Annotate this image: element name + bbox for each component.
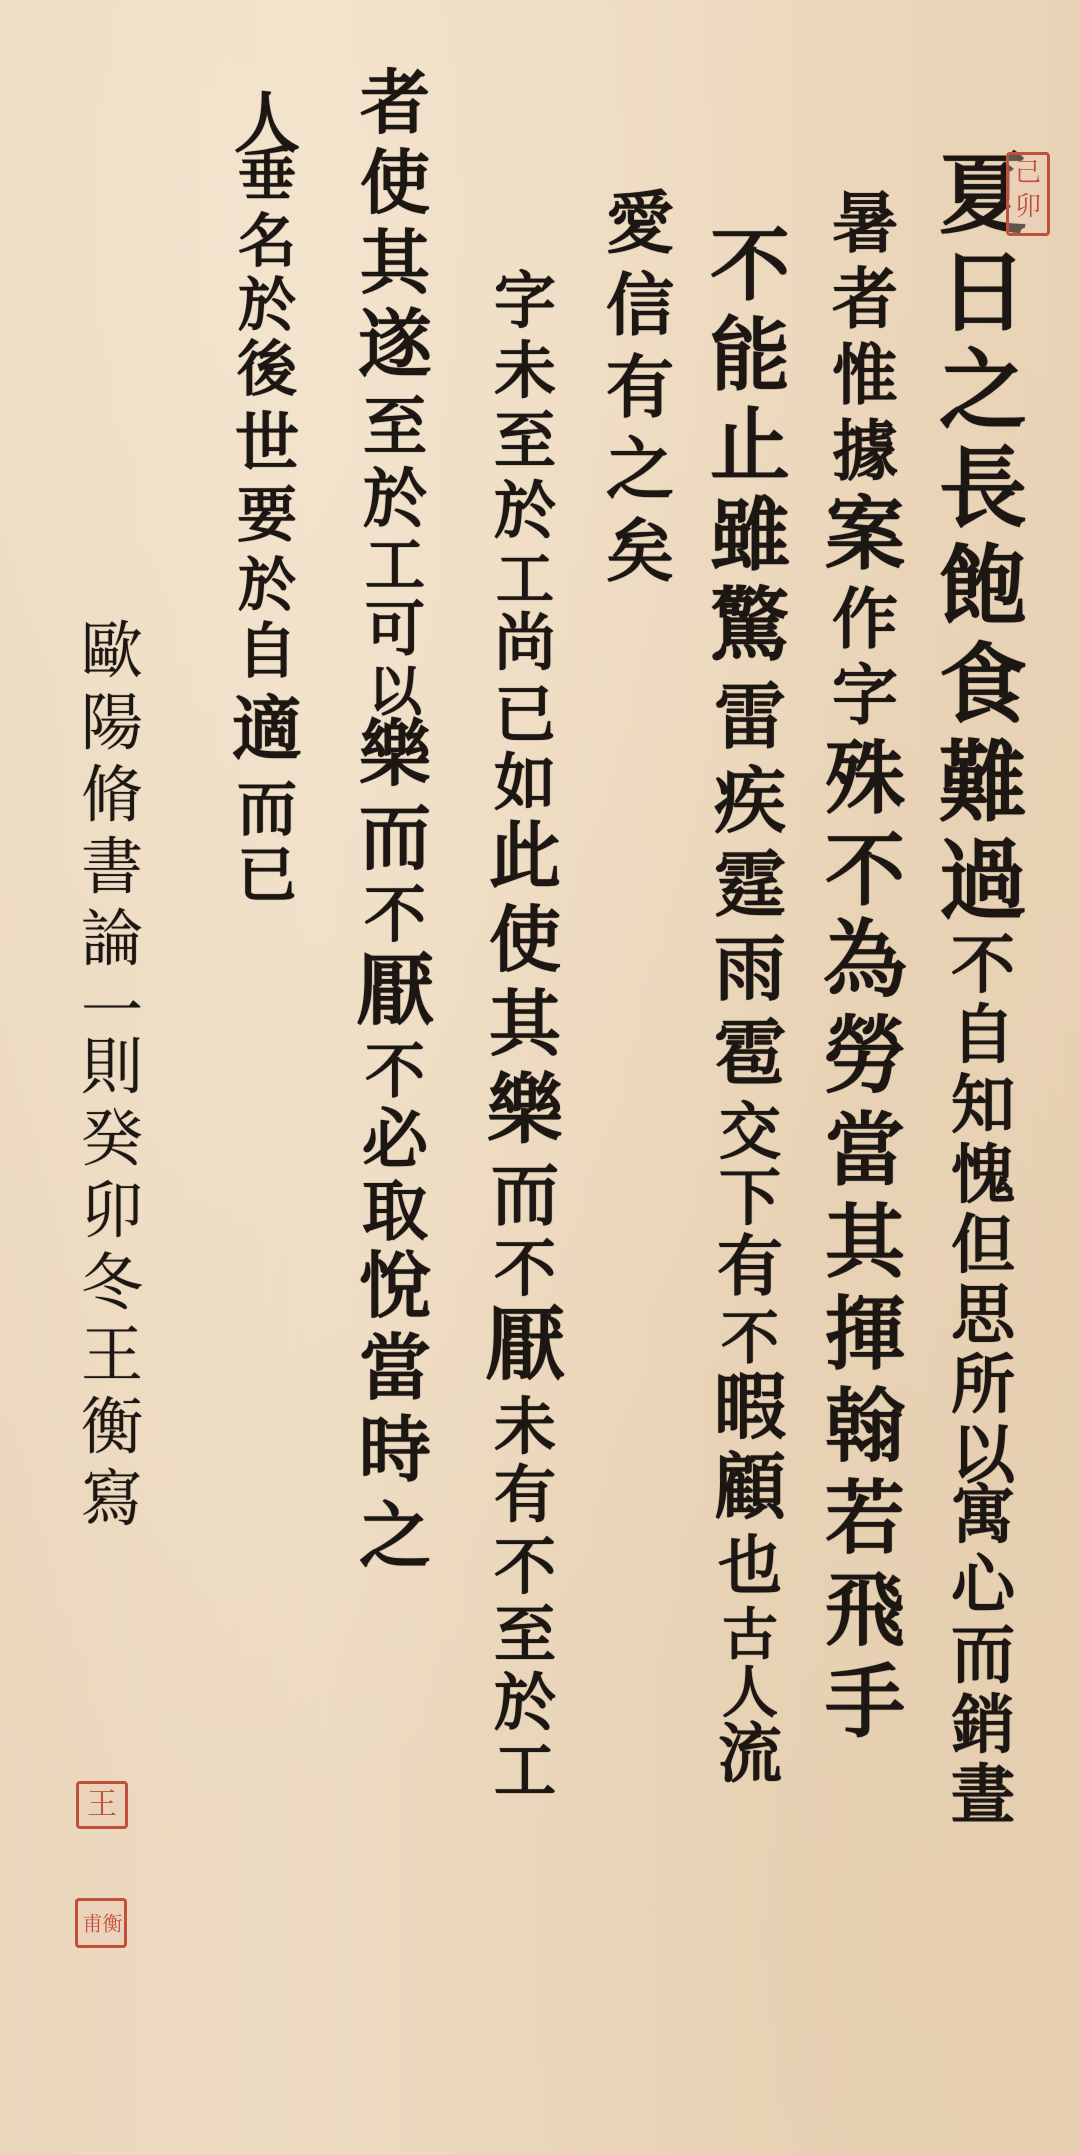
character: 世 bbox=[212, 412, 322, 486]
character: 使 bbox=[340, 148, 450, 228]
character: 者 bbox=[340, 68, 450, 148]
character: 信 bbox=[585, 272, 695, 354]
character: 長 bbox=[928, 444, 1038, 542]
character: 霆 bbox=[695, 849, 805, 933]
character: 而 bbox=[928, 1624, 1038, 1694]
character: 手 bbox=[810, 1662, 920, 1754]
character: 有 bbox=[695, 1233, 805, 1309]
character: 驚 bbox=[695, 585, 805, 681]
character: 揮 bbox=[810, 1294, 920, 1386]
character: 至 bbox=[340, 396, 450, 468]
character: 工 bbox=[340, 536, 450, 600]
character: 不 bbox=[340, 1042, 450, 1106]
character: 則 bbox=[72, 1036, 152, 1108]
character: 止 bbox=[695, 405, 805, 495]
character: 愛 bbox=[585, 190, 695, 272]
character: 工 bbox=[470, 550, 580, 612]
character: 也 bbox=[695, 1535, 805, 1607]
character: 脩 bbox=[72, 764, 152, 836]
character: 使 bbox=[470, 904, 580, 988]
character: 知 bbox=[928, 1074, 1038, 1144]
character: 不 bbox=[810, 830, 920, 918]
character: 於 bbox=[212, 556, 322, 622]
character: 為 bbox=[810, 918, 920, 1014]
character: 垂 bbox=[212, 146, 322, 212]
character: 可 bbox=[340, 600, 450, 664]
character: 後 bbox=[212, 340, 322, 412]
character: 所 bbox=[928, 1354, 1038, 1424]
character: 卯 bbox=[72, 1180, 152, 1252]
text-column-4: 愛 信 有 之 矣 bbox=[585, 190, 695, 600]
character: 歐 bbox=[72, 620, 152, 692]
character: 飽 bbox=[928, 542, 1038, 640]
seal-glyph: 己 bbox=[1015, 160, 1041, 194]
character: 惟 bbox=[810, 342, 920, 418]
character: 之 bbox=[585, 436, 695, 518]
character: 難 bbox=[928, 738, 1038, 836]
character: 癸 bbox=[72, 1108, 152, 1180]
character: 悅 bbox=[340, 1250, 450, 1332]
character: 自 bbox=[212, 622, 322, 694]
character: 流 bbox=[695, 1723, 805, 1795]
character: 陽 bbox=[72, 692, 152, 764]
text-column-5: 字 未 至 於 工 尚 已 如 此 使 其 樂 而 不 厭 未 有 不 至 於 … bbox=[470, 270, 580, 1808]
character: 於 bbox=[470, 1672, 580, 1740]
character: 於 bbox=[340, 468, 450, 536]
character: 已 bbox=[470, 684, 580, 752]
character: 而 bbox=[212, 780, 322, 846]
character: 不 bbox=[470, 1536, 580, 1604]
character: 書 bbox=[72, 836, 152, 908]
character: 於 bbox=[212, 276, 322, 340]
character: 人 bbox=[212, 90, 322, 146]
character: 當 bbox=[340, 1332, 450, 1414]
character: 已 bbox=[212, 846, 322, 912]
character: 衡 bbox=[72, 1396, 152, 1468]
character: 寓 bbox=[928, 1484, 1038, 1554]
character: 不 bbox=[695, 1309, 805, 1371]
character: 能 bbox=[695, 315, 805, 405]
character: 飛 bbox=[810, 1570, 920, 1662]
character: 不 bbox=[695, 225, 805, 315]
character: 若 bbox=[810, 1478, 920, 1570]
character: 雹 bbox=[695, 1017, 805, 1101]
character: 不 bbox=[928, 934, 1038, 1004]
character: 過 bbox=[928, 836, 1038, 934]
seal-name-2: 衡 甫 bbox=[75, 1898, 127, 1948]
character: 暑 bbox=[810, 190, 920, 266]
text-column-7: 人 垂 名 於 後 世 要 於 自 適 而 已 bbox=[212, 90, 322, 912]
character: 雖 bbox=[695, 495, 805, 585]
character: 之 bbox=[340, 1500, 450, 1580]
character: 下 bbox=[695, 1167, 805, 1233]
character: 古 bbox=[695, 1607, 805, 1665]
calligraphy-scroll: 夏 日 之 長 飽 食 難 過 不 自 知 愧 但 思 所 以 寓 心 而 銷 … bbox=[0, 0, 1080, 2155]
character: 殊 bbox=[810, 738, 920, 830]
character: 適 bbox=[212, 694, 322, 780]
text-column-2: 暑 者 惟 據 案 作 字 殊 不 為 勞 當 其 揮 翰 若 飛 手 bbox=[810, 190, 920, 1754]
character: 交 bbox=[695, 1101, 805, 1167]
character: 以 bbox=[340, 664, 450, 718]
character: 工 bbox=[470, 1740, 580, 1808]
seal-glyph: 衡 bbox=[101, 1913, 121, 1933]
character: 王 bbox=[72, 1324, 152, 1396]
character: 不 bbox=[470, 1238, 580, 1304]
character: 未 bbox=[470, 1396, 580, 1464]
character: 其 bbox=[340, 228, 450, 308]
character: 取 bbox=[340, 1178, 450, 1250]
character: 雨 bbox=[695, 933, 805, 1017]
character: 日 bbox=[928, 248, 1038, 346]
character: 冬 bbox=[72, 1252, 152, 1324]
seal-glyph: 卯 bbox=[1015, 194, 1041, 228]
character: 至 bbox=[470, 410, 580, 480]
character: 銷 bbox=[928, 1694, 1038, 1764]
character: 有 bbox=[470, 1464, 580, 1536]
character: 時 bbox=[340, 1414, 450, 1500]
character: 尚 bbox=[470, 612, 580, 684]
character: 未 bbox=[470, 340, 580, 410]
character: 當 bbox=[810, 1110, 920, 1202]
character: 其 bbox=[470, 988, 580, 1072]
character: 論 bbox=[72, 908, 152, 980]
seal-glyph: 甫 bbox=[81, 1913, 101, 1933]
character: 者 bbox=[810, 266, 920, 342]
character: 樂 bbox=[340, 718, 450, 802]
character: 厭 bbox=[470, 1304, 580, 1396]
seal-glyph: 王 bbox=[87, 1790, 117, 1820]
character: 名 bbox=[212, 212, 322, 276]
character: 寫 bbox=[72, 1468, 152, 1540]
character: 字 bbox=[810, 662, 920, 738]
character: 顧 bbox=[695, 1451, 805, 1535]
character: 心 bbox=[928, 1554, 1038, 1624]
character: 而 bbox=[470, 1162, 580, 1238]
character: 暇 bbox=[695, 1371, 805, 1451]
character: 遂 bbox=[340, 308, 450, 396]
character: 翰 bbox=[810, 1386, 920, 1478]
character: 以 bbox=[928, 1424, 1038, 1484]
character: 食 bbox=[928, 640, 1038, 738]
character: 晝 bbox=[928, 1764, 1038, 1834]
character: 自 bbox=[928, 1004, 1038, 1074]
character: 如 bbox=[470, 752, 580, 820]
character: 雷 bbox=[695, 681, 805, 765]
character: 至 bbox=[470, 1604, 580, 1672]
character: 作 bbox=[810, 586, 920, 662]
character: 其 bbox=[810, 1202, 920, 1294]
character: 必 bbox=[340, 1106, 450, 1178]
character: 之 bbox=[928, 346, 1038, 444]
character: 不 bbox=[340, 884, 450, 952]
character: 厭 bbox=[340, 952, 450, 1042]
character: 據 bbox=[810, 418, 920, 494]
character: 愧 bbox=[928, 1144, 1038, 1214]
text-column-3: 不 能 止 雖 驚 雷 疾 霆 雨 雹 交 下 有 不 暇 顧 也 古 人 流 bbox=[695, 225, 805, 1795]
character: 有 bbox=[585, 354, 695, 436]
character: 字 bbox=[470, 270, 580, 340]
character: 案 bbox=[810, 494, 920, 586]
seal-top-right: 己 卯 bbox=[1006, 152, 1050, 236]
seal-name-1: 王 bbox=[76, 1781, 128, 1829]
character: 一 bbox=[72, 980, 152, 1036]
character: 矣 bbox=[585, 518, 695, 600]
character: 思 bbox=[928, 1284, 1038, 1354]
character: 要 bbox=[212, 486, 322, 556]
text-column-1: 夏 日 之 長 飽 食 難 過 不 自 知 愧 但 思 所 以 寓 心 而 銷 … bbox=[928, 150, 1038, 1834]
text-column-6: 者 使 其 遂 至 於 工 可 以 樂 而 不 厭 不 必 取 悅 當 時 之 bbox=[340, 68, 450, 1580]
character: 而 bbox=[340, 802, 450, 884]
character: 勞 bbox=[810, 1014, 920, 1110]
inscription-column: 歐 陽 脩 書 論 一 則 癸 卯 冬 王 衡 寫 bbox=[72, 620, 152, 1540]
character: 但 bbox=[928, 1214, 1038, 1284]
character: 於 bbox=[470, 480, 580, 550]
character: 疾 bbox=[695, 765, 805, 849]
character: 人 bbox=[695, 1665, 805, 1723]
character: 樂 bbox=[470, 1072, 580, 1162]
character: 此 bbox=[470, 820, 580, 904]
